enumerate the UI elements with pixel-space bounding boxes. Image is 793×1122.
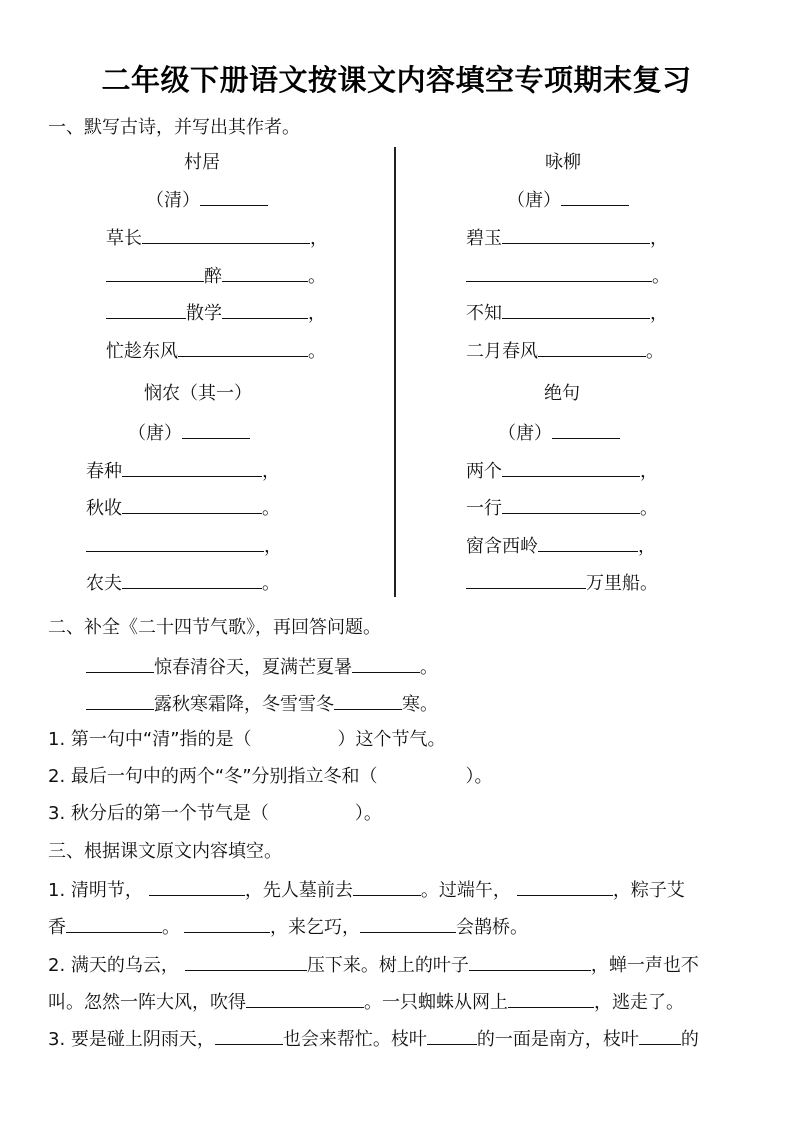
answer-blank[interactable]: [142, 226, 310, 244]
line-text: 忙趁东风: [106, 341, 178, 362]
punct: ，: [308, 303, 326, 324]
poem-line: 农夫。: [86, 571, 280, 595]
item-text: 香: [48, 917, 66, 938]
poem-title-minnong: 悯农（其一）: [144, 383, 252, 405]
author-blank[interactable]: [182, 421, 250, 439]
answer-blank[interactable]: [538, 534, 638, 552]
question-text: 1. 第一句中“清”指的是（: [48, 729, 252, 750]
question-text: 2. 最后一句中的两个“冬”分别指立冬和（: [48, 766, 378, 787]
poem-line: 万里船。: [466, 571, 658, 595]
item-text: ，来乞巧，: [270, 917, 360, 938]
song-text: 露秋寒霜降，冬雪雪冬: [154, 694, 334, 715]
answer-blank[interactable]: [469, 953, 591, 971]
answer-blank[interactable]: [222, 264, 308, 282]
line-text: 草长: [106, 228, 142, 249]
item-text: 1. 清明节，: [48, 880, 143, 901]
answer-blank[interactable]: [538, 339, 646, 357]
item-text: ，蝉一声也不: [591, 955, 699, 976]
answer-blank[interactable]: [246, 990, 364, 1008]
line-text: 农夫: [86, 573, 122, 594]
item-text: 会鹊桥。: [456, 917, 528, 938]
item-text: 3. 要是碰上阴雨天，: [48, 1029, 215, 1050]
punct: 。: [308, 266, 326, 287]
dynasty-label: （唐）: [507, 190, 561, 211]
item-2-line-1: 2. 满天的乌云，压下来。树上的叶子，蝉一声也不: [48, 953, 699, 977]
answer-blank[interactable]: [360, 915, 456, 933]
poem-line: ，: [86, 534, 282, 558]
poem-author-line: （唐）: [507, 188, 629, 212]
item-2-line-2: 叫。忽然一阵大风，吹得。一只蜘蛛从网上，逃走了。: [48, 990, 684, 1014]
poem-title-yongliu: 咏柳: [545, 152, 581, 174]
poem-line: 秋收。: [86, 496, 280, 520]
song-text: 惊春清谷天，夏满芒夏暑: [154, 657, 352, 678]
item-text: 。: [162, 917, 180, 938]
item-text: ，先人墓前去: [245, 880, 353, 901]
section3-heading: 三、根据课文原文内容填空。: [48, 841, 282, 863]
answer-blank[interactable]: [502, 226, 650, 244]
punct: 。: [640, 498, 658, 519]
question-2: 2. 最后一句中的两个“冬”分别指立冬和（）。: [48, 766, 493, 788]
item-text: 的一面是南方，枝叶: [477, 1029, 639, 1050]
punct: ，: [640, 461, 658, 482]
poem-line: 春种，: [86, 459, 280, 483]
answer-blank[interactable]: [466, 264, 652, 282]
question-text: ）。: [466, 766, 493, 787]
poem-line: 窗含西岭，: [466, 534, 656, 558]
answer-blank[interactable]: [184, 915, 270, 933]
item-text: 。一只蜘蛛从网上: [364, 992, 508, 1013]
column-divider: [394, 147, 396, 597]
question-text: ）。: [355, 803, 382, 824]
answer-blank[interactable]: [502, 459, 640, 477]
poem-line: 不知，: [466, 301, 668, 325]
punct: ，: [638, 536, 656, 557]
item-text: ，粽子艾: [613, 880, 685, 901]
punct: 。: [262, 498, 280, 519]
poem-line: 醉。: [106, 264, 326, 288]
punct: 。: [646, 341, 664, 362]
item-text: 2. 满天的乌云，: [48, 955, 179, 976]
poem-line: 忙趁东风。: [106, 339, 326, 363]
poem-line: 两个，: [466, 459, 658, 483]
poem-line: 碧玉，: [466, 226, 668, 250]
page-title: 二年级下册语文按课文内容填空专项期末复习: [0, 58, 793, 99]
punct: ，: [310, 228, 328, 249]
poem-line: 草长，: [106, 226, 328, 250]
item-text: 的: [681, 1029, 699, 1050]
item-text: 也会来帮忙。枝叶: [283, 1029, 427, 1050]
line-text: 窗含西岭: [466, 536, 538, 557]
answer-blank[interactable]: [122, 459, 262, 477]
answer-blank[interactable]: [639, 1027, 681, 1045]
dynasty-label: （唐）: [498, 423, 552, 444]
author-blank[interactable]: [552, 421, 620, 439]
answer-blank[interactable]: [86, 655, 154, 673]
question-text: 3. 秋分后的第一个节气是（: [48, 803, 269, 824]
line-text: 万里船。: [586, 573, 658, 594]
item-text: 压下来。树上的叶子: [307, 955, 469, 976]
question-3: 3. 秋分后的第一个节气是（）。: [48, 803, 382, 825]
section2-heading: 二、补全《二十四节气歌》，再回答问题。: [48, 617, 381, 639]
answer-blank[interactable]: [122, 571, 262, 589]
answer-blank[interactable]: [122, 496, 262, 514]
punct: 寒。: [402, 694, 438, 715]
question-1: 1. 第一句中“清”指的是（）这个节气。: [48, 729, 446, 751]
answer-blank[interactable]: [466, 571, 586, 589]
line-text: 碧玉: [466, 228, 502, 249]
line-text: 春种: [86, 461, 122, 482]
poem-title-jueju: 绝句: [544, 383, 580, 405]
punct: 。: [420, 657, 438, 678]
section1-heading: 一、默写古诗，并写出其作者。: [48, 117, 300, 139]
poem-title-cunju: 村居: [184, 152, 220, 174]
line-text: 二月春风: [466, 341, 538, 362]
answer-blank[interactable]: [86, 534, 264, 552]
item-1-line-1: 1. 清明节，，先人墓前去。过端午，，粽子艾: [48, 878, 685, 902]
answer-blank[interactable]: [502, 496, 640, 514]
line-text: 不知: [466, 303, 502, 324]
dynasty-label: （唐）: [128, 423, 182, 444]
answer-blank[interactable]: [215, 1027, 283, 1045]
song-line-2: 露秋寒霜降，冬雪雪冬寒。: [86, 692, 438, 716]
author-blank[interactable]: [561, 188, 629, 206]
line-text: 一行: [466, 498, 502, 519]
item-text: ，逃走了。: [594, 992, 684, 1013]
answer-blank[interactable]: [508, 990, 594, 1008]
answer-blank[interactable]: [427, 1027, 477, 1045]
line-text: 两个: [466, 461, 502, 482]
punct: ，: [264, 536, 282, 557]
item-1-line-2: 香。，来乞巧，会鹊桥。: [48, 915, 528, 939]
answer-blank[interactable]: [66, 915, 162, 933]
answer-blank[interactable]: [185, 953, 307, 971]
answer-blank[interactable]: [334, 692, 402, 710]
item-3-line-1: 3. 要是碰上阴雨天，也会来帮忙。枝叶的一面是南方，枝叶的: [48, 1027, 699, 1051]
item-text: 。过端午，: [421, 880, 511, 901]
line-text: 散学: [186, 303, 222, 324]
punct: ，: [650, 228, 668, 249]
answer-blank[interactable]: [86, 692, 154, 710]
line-text: 醉: [204, 266, 222, 287]
answer-blank[interactable]: [352, 655, 420, 673]
poem-author-line: （清）: [146, 188, 268, 212]
poem-author-line: （唐）: [128, 421, 250, 445]
poem-line: 一行。: [466, 496, 658, 520]
question-text: ）这个节气。: [338, 729, 446, 750]
poem-line: 散学，: [106, 301, 326, 325]
punct: ，: [262, 461, 280, 482]
item-text: 叫。忽然一阵大风，吹得: [48, 992, 246, 1013]
answer-blank[interactable]: [178, 339, 308, 357]
poem-line: 二月春风。: [466, 339, 664, 363]
answer-blank[interactable]: [222, 301, 308, 319]
punct: 。: [308, 341, 326, 362]
punct: ，: [650, 303, 668, 324]
punct: 。: [262, 573, 280, 594]
answer-blank[interactable]: [517, 878, 613, 896]
answer-blank[interactable]: [353, 878, 421, 896]
punct: 。: [652, 266, 670, 287]
answer-blank[interactable]: [106, 301, 186, 319]
poem-author-line: （唐）: [498, 421, 620, 445]
answer-blank[interactable]: [149, 878, 245, 896]
poem-line: 。: [466, 264, 670, 288]
answer-blank[interactable]: [502, 301, 650, 319]
dynasty-label: （清）: [146, 190, 200, 211]
song-line-1: 惊春清谷天，夏满芒夏暑。: [86, 655, 438, 679]
author-blank[interactable]: [200, 188, 268, 206]
answer-blank[interactable]: [106, 264, 204, 282]
line-text: 秋收: [86, 498, 122, 519]
